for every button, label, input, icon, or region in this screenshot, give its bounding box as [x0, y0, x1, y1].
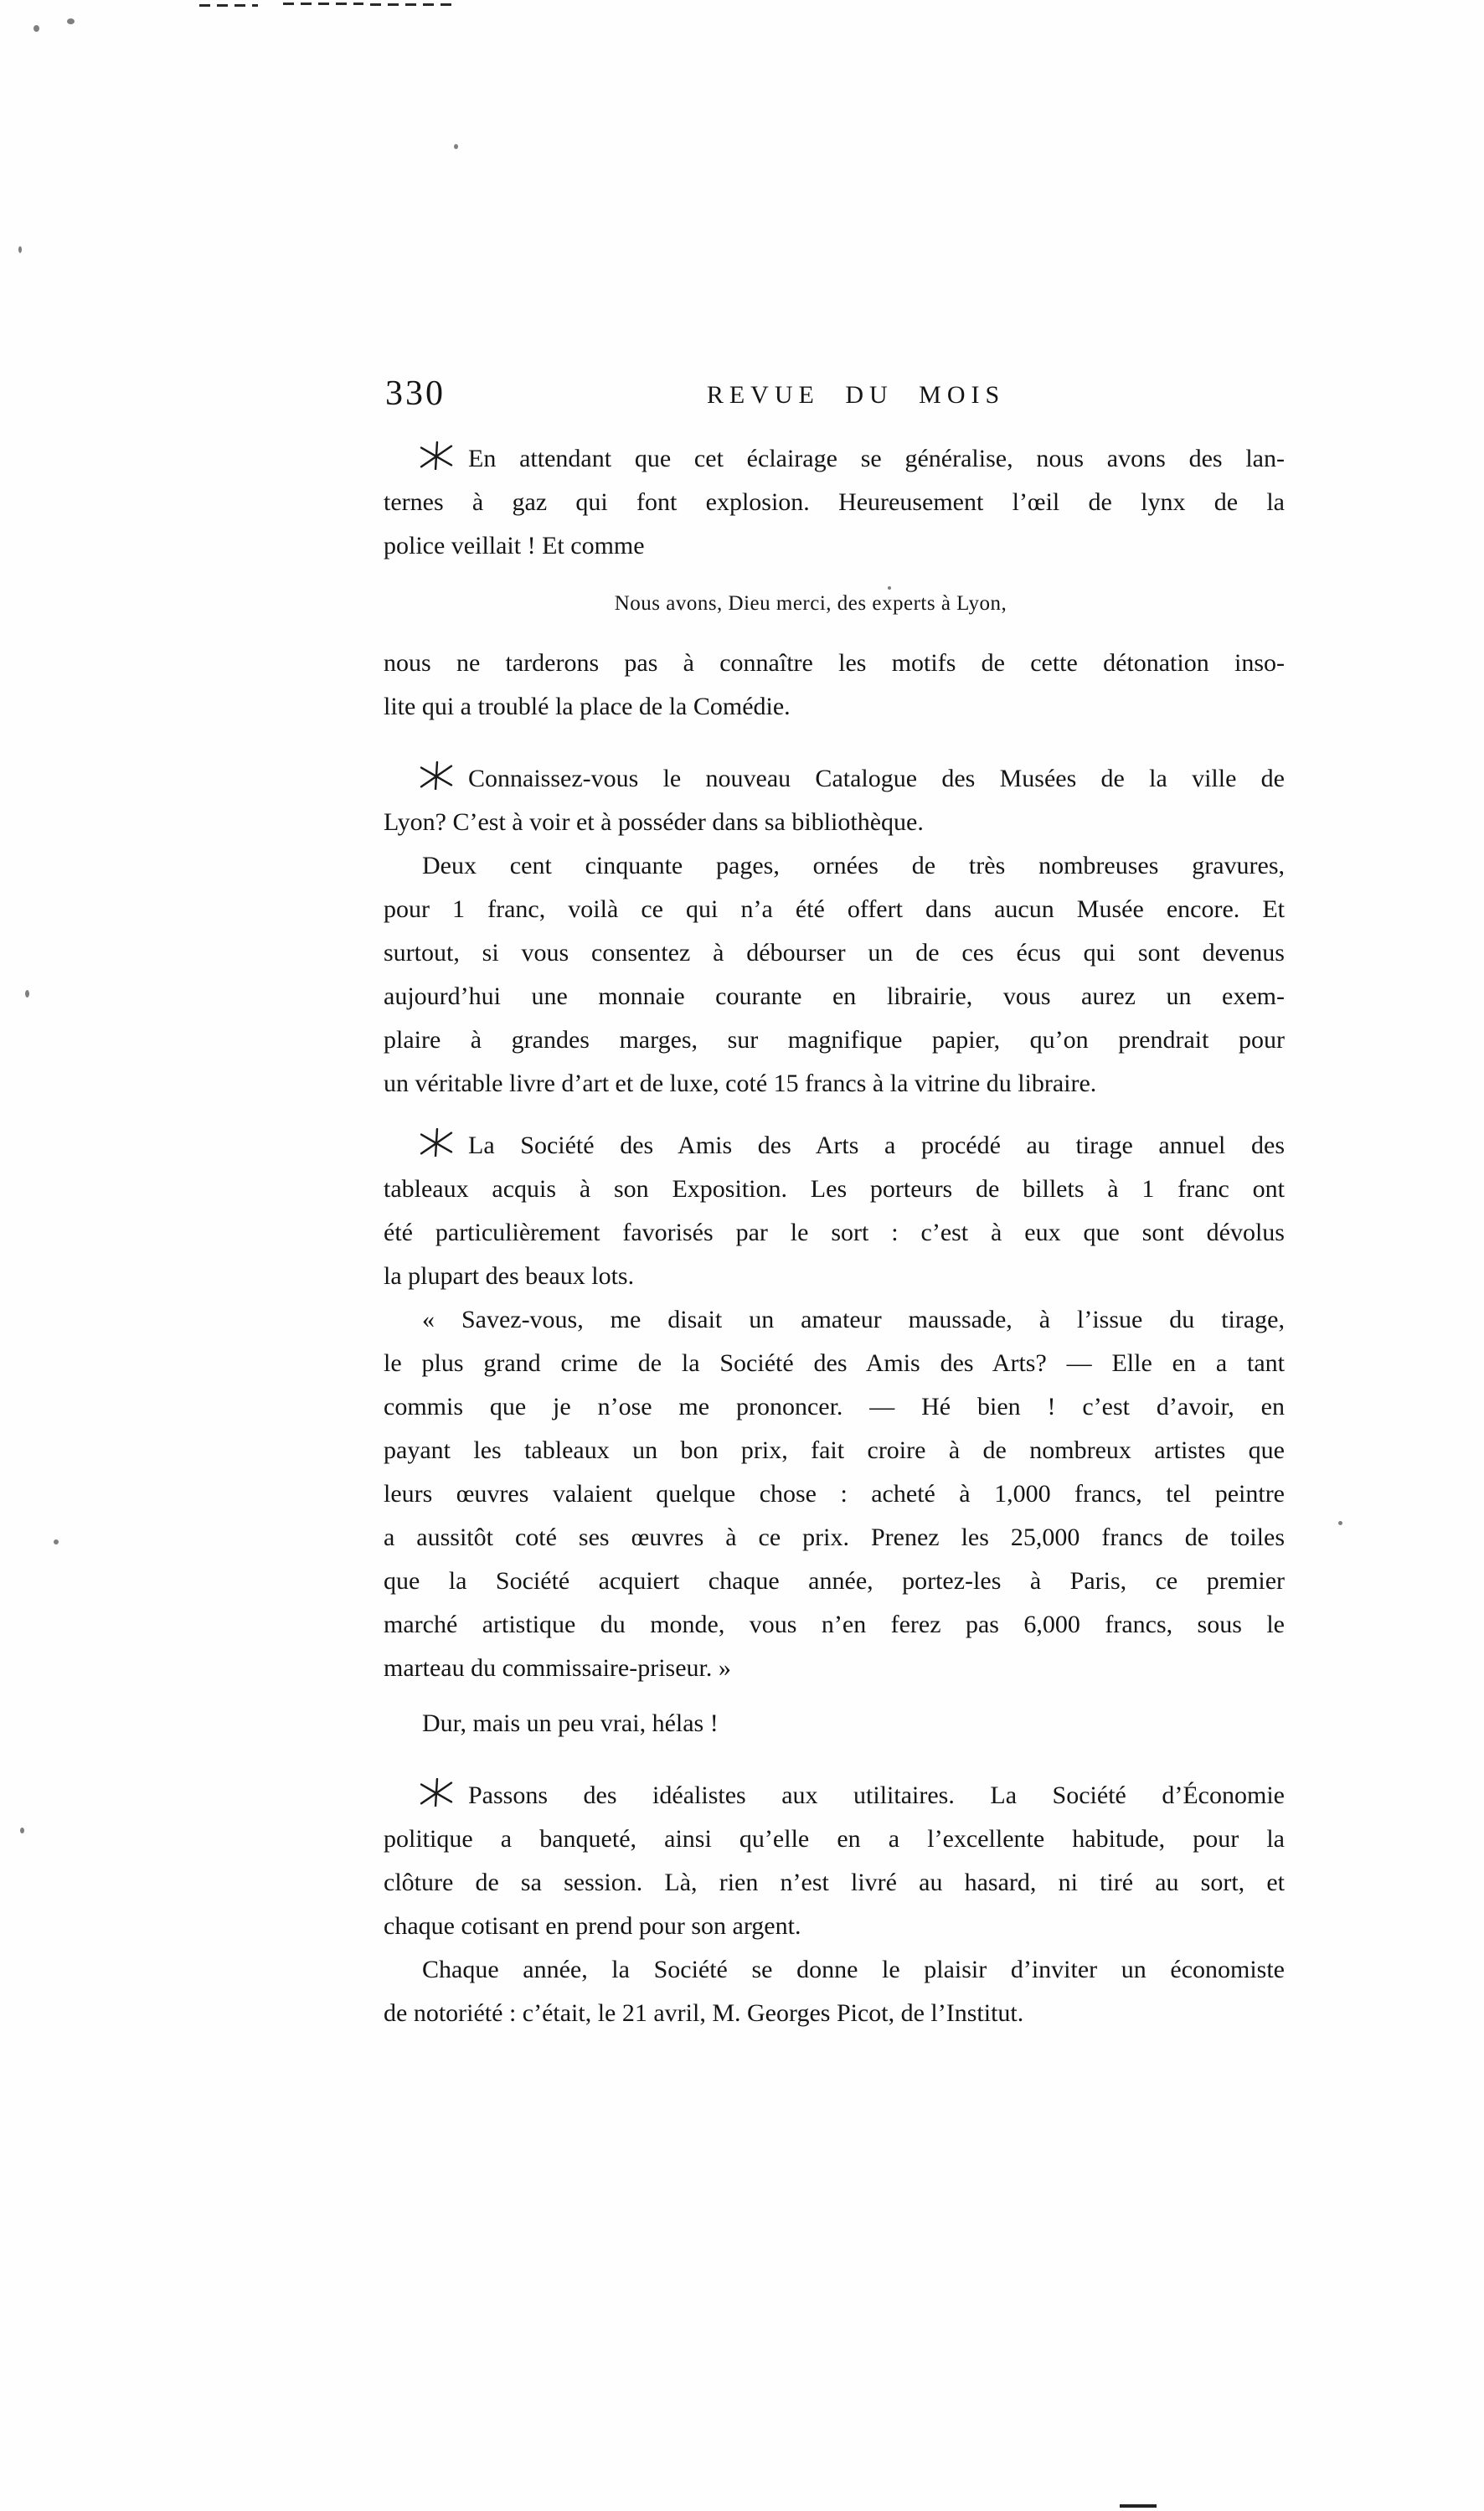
scan-artifact — [370, 3, 457, 6]
text-line: la plupart des beaux lots. — [384, 1255, 1285, 1298]
paragraph: Deux cent cinquante pages, ornées de trè… — [384, 844, 1285, 1106]
scan-artifact — [1120, 2504, 1157, 2508]
paragraph: En attendant que cet éclairage se généra… — [384, 437, 1285, 568]
text-line: ternes à gaz qui font explosion. Heureus… — [384, 481, 1285, 524]
text-line: marché artistique du monde, vous n’en fe… — [384, 1603, 1285, 1647]
text-line: Chaque année, la Société se donne le pla… — [384, 1948, 1285, 1992]
text-line: que la Société acquiert chaque année, po… — [384, 1560, 1285, 1603]
section-asterisk-icon — [417, 1778, 456, 1807]
text-line: marteau du commissaire-priseur. » — [384, 1647, 1285, 1690]
paragraph: Passons des idéalistes aux utilitaires. … — [384, 1774, 1285, 1948]
text-line: politique a banqueté, ainsi qu’elle en a… — [384, 1818, 1285, 1861]
paragraph: nous ne tarderons pas à connaître les mo… — [384, 642, 1285, 729]
text-body: En attendant que cet éclairage se généra… — [384, 437, 1285, 2035]
text-line: plaire à grandes marges, sur magnifique … — [384, 1018, 1285, 1062]
text-line: tableaux acquis à son Exposition. Les po… — [384, 1168, 1285, 1211]
text-line: Passons des idéalistes aux utilitaires. … — [384, 1774, 1285, 1818]
text-line: été particulièrement favorisés par le so… — [384, 1211, 1285, 1255]
text-line: pour 1 franc, voilà ce qui n’a été offer… — [384, 888, 1285, 931]
text-line: Lyon? C’est à voir et à posséder dans sa… — [384, 801, 1285, 844]
text-line: chaque cotisant en prend pour son argent… — [384, 1905, 1285, 1948]
text-column: 330 REVUE DU MOIS En attendant que cet é… — [384, 375, 1285, 2035]
scan-speck — [33, 25, 39, 32]
text-line: a aussitôt coté ses œuvres à ce prix. Pr… — [384, 1516, 1285, 1560]
scan-artifact — [199, 4, 258, 7]
text-line: payant les tableaux un bon prix, fait cr… — [384, 1429, 1285, 1472]
section-asterisk-icon — [417, 761, 456, 790]
text-line: le plus grand crime de la Société des Am… — [384, 1342, 1285, 1385]
scan-speck — [25, 990, 29, 998]
text-line: police veillait ! Et comme — [384, 524, 1285, 568]
text-line: commis que je n’ose me prononcer. — Hé b… — [384, 1385, 1285, 1429]
scan-speck — [54, 1539, 59, 1544]
text-line: Dur, mais un peu vrai, hélas ! — [384, 1702, 1285, 1745]
paragraph: La Société des Amis des Arts a procédé a… — [384, 1124, 1285, 1298]
scan-speck — [454, 144, 458, 149]
text-line: La Société des Amis des Arts a procédé a… — [384, 1124, 1285, 1168]
text-line: surtout, si vous consentez à débourser u… — [384, 931, 1285, 975]
page-header: 330 REVUE DU MOIS — [384, 375, 1285, 417]
text-line: clôture de sa session. Là, rien n’est li… — [384, 1861, 1285, 1905]
paragraph: « Savez-vous, me disait un amateur mauss… — [384, 1298, 1285, 1690]
scan-artifact — [283, 3, 363, 5]
scan-speck — [18, 246, 22, 253]
scan-speck — [20, 1828, 24, 1833]
text-line: de notoriété : c’était, le 21 avril, M. … — [384, 1992, 1285, 2035]
scan-speck — [1338, 1521, 1342, 1525]
paragraph: Dur, mais un peu vrai, hélas ! — [384, 1702, 1285, 1745]
section-asterisk-icon — [417, 441, 456, 470]
running-title: REVUE DU MOIS — [405, 375, 1306, 415]
text-line: aujourd’hui une monnaie courante en libr… — [384, 975, 1285, 1018]
paragraph: Chaque année, la Société se donne le pla… — [384, 1948, 1285, 2035]
text-line: un véritable livre d’art et de luxe, cot… — [384, 1062, 1285, 1106]
verse-line: Nous avons, Dieu merci, des experts à Ly… — [360, 588, 1261, 620]
text-line: leurs œuvres valaient quelque chose : ac… — [384, 1472, 1285, 1516]
paragraph: Connaissez-vous le nouveau Catalogue des… — [384, 757, 1285, 844]
text-line: « Savez-vous, me disait un amateur mauss… — [384, 1298, 1285, 1342]
scan-speck — [67, 18, 75, 24]
text-line: En attendant que cet éclairage se généra… — [384, 437, 1285, 481]
text-line: Deux cent cinquante pages, ornées de trè… — [384, 844, 1285, 888]
section-asterisk-icon — [417, 1128, 456, 1157]
scanned-page: 330 REVUE DU MOIS En attendant que cet é… — [0, 0, 1484, 2511]
text-line: nous ne tarderons pas à connaître les mo… — [384, 642, 1285, 685]
text-line: lite qui a troublé la place de la Comédi… — [384, 685, 1285, 729]
text-line: Connaissez-vous le nouveau Catalogue des… — [384, 757, 1285, 801]
